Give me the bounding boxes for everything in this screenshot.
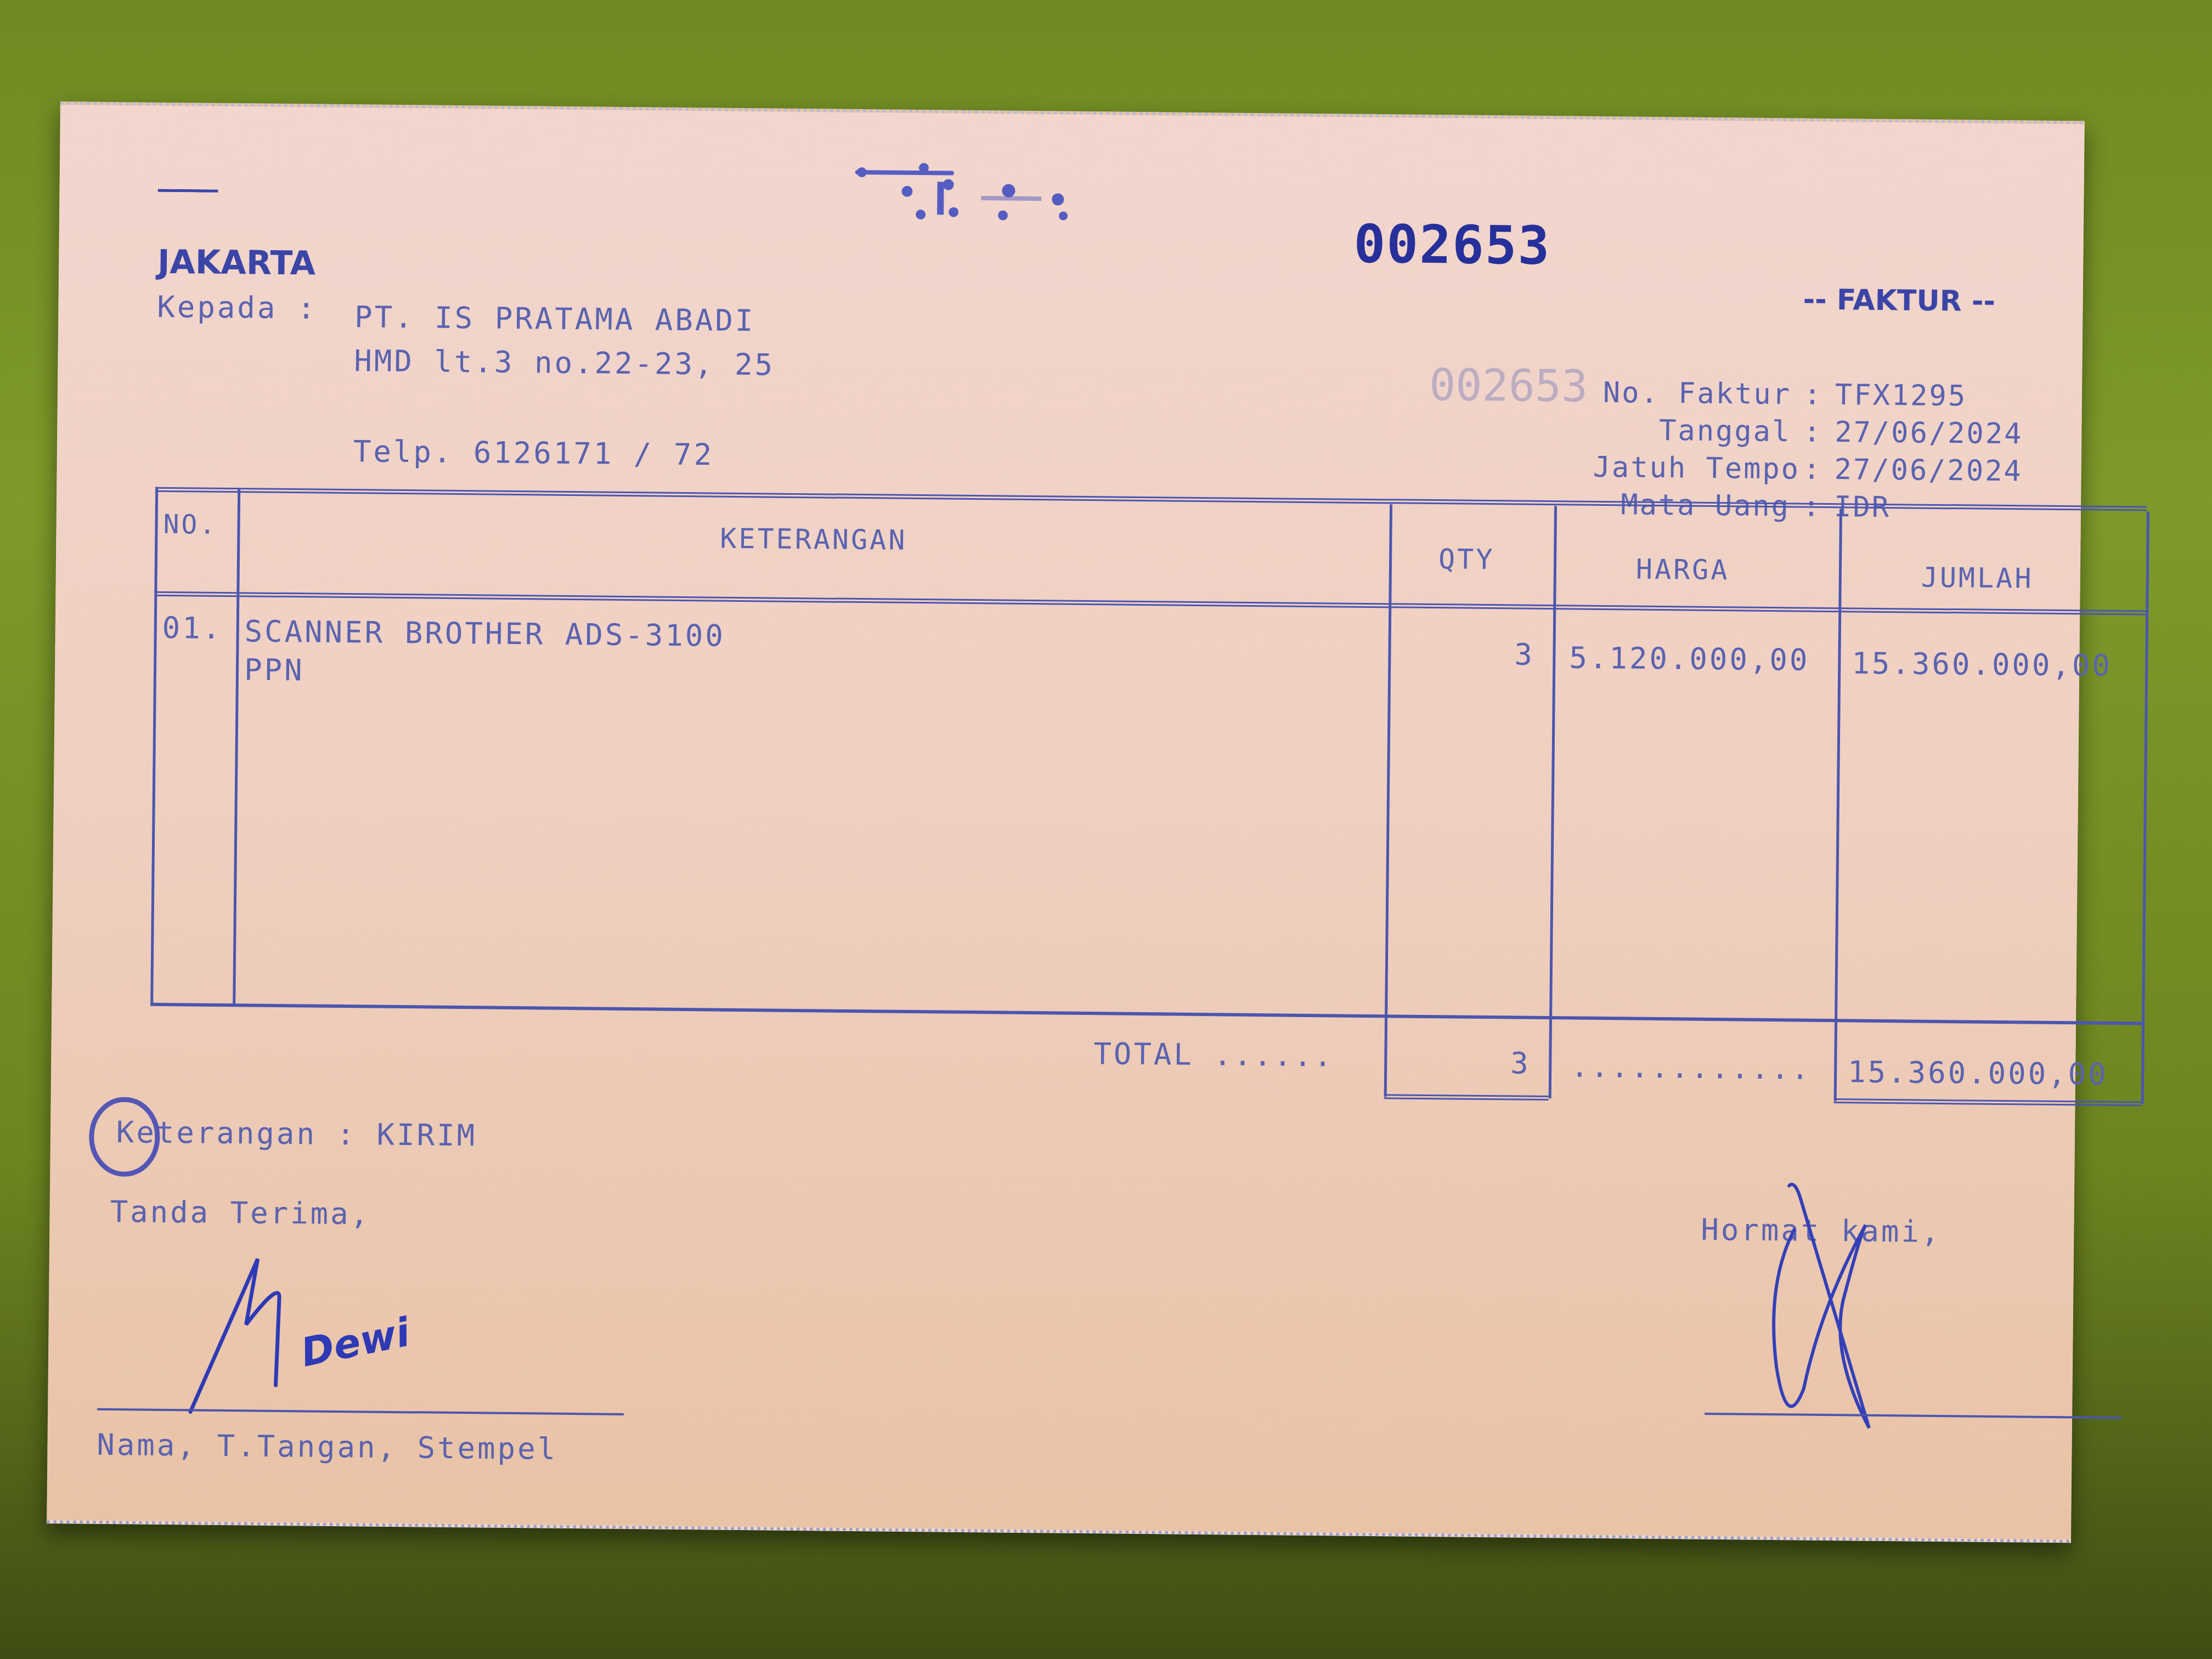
total-label: TOTAL ...... — [1093, 1036, 1334, 1073]
col-border — [1549, 506, 1557, 1098]
svg-text:Dewi: Dewi — [297, 1308, 414, 1375]
recipient-label: Kepada : — [157, 290, 318, 326]
separator: : — [1790, 453, 1835, 486]
header-qty: QTY — [1438, 543, 1495, 575]
table-bottom-border — [150, 1003, 2142, 1025]
ghost-serial-number: 002653 — [1429, 359, 1588, 412]
recipient-phone: Telp. 6126171 / 72 — [353, 434, 714, 472]
total-qty-underline — [1384, 1094, 1549, 1101]
col-border — [1834, 509, 1842, 1101]
receiver-label: Tanda Terima, — [110, 1194, 370, 1232]
serial-number: 002653 — [1353, 213, 1551, 276]
total-qty: 3 — [1510, 1046, 1531, 1080]
col-border — [233, 488, 240, 1006]
row-description-tax: PPN — [244, 652, 304, 687]
row-description: SCANNER BROTHER ADS-3100 — [244, 614, 725, 653]
sender-signature-icon — [1748, 1175, 1927, 1440]
recipient-address: HMD lt.3 no.22-23, 25 — [354, 343, 775, 382]
total-amount: 15.360.000,00 — [1848, 1054, 2108, 1092]
due-date-value: 27/06/2024 — [1834, 453, 2065, 488]
top-rule: ─── — [158, 172, 218, 211]
row-price: 5.120.000,00 — [1569, 640, 1810, 677]
row-qty: 3 — [1514, 637, 1534, 672]
separator: : — [1791, 415, 1835, 449]
total-dots: ............ — [1571, 1049, 1812, 1086]
recipient-name: PT. IS PRATAMA ABADI — [354, 300, 755, 338]
ink-circle-mark-icon — [77, 1092, 172, 1181]
invoice-number-value: TFX1295 — [1835, 379, 2066, 414]
document-title: -- FAKTUR -- — [1803, 284, 1995, 318]
header-price: HARGA — [1636, 554, 1730, 586]
row-no: 01. — [162, 611, 222, 646]
row-amount: 15.360.000,00 — [1852, 646, 2112, 683]
invoice-number-label: No. Faktur — [1594, 376, 1792, 411]
receiver-caption: Nama, T.Tangan, Stempel — [97, 1427, 557, 1466]
date-label: Tanggal — [1593, 414, 1791, 448]
header-description: KETERANGAN — [720, 523, 907, 556]
due-date-label: Jatuh Tempo — [1593, 451, 1791, 486]
smudged-stamp-icon — [855, 159, 1206, 234]
table-header-border — [154, 591, 2146, 616]
col-border — [150, 487, 158, 1006]
col-border — [1384, 504, 1392, 1097]
invoice-paper: ─── JAKARTA 002653 002653 -- FAKTUR -- K… — [47, 101, 2085, 1543]
header-amount: JUMLAH — [1921, 562, 2034, 595]
date-value: 27/06/2024 — [1835, 416, 2066, 451]
separator: : — [1791, 378, 1836, 411]
city-label: JAKARTA — [157, 243, 316, 283]
header-no: NO. — [163, 509, 217, 540]
invoice-info-block: No. Faktur : TFX1295 Tanggal : 27/06/202… — [1592, 356, 2066, 546]
receiver-signature-icon: Dewi — [174, 1247, 450, 1425]
